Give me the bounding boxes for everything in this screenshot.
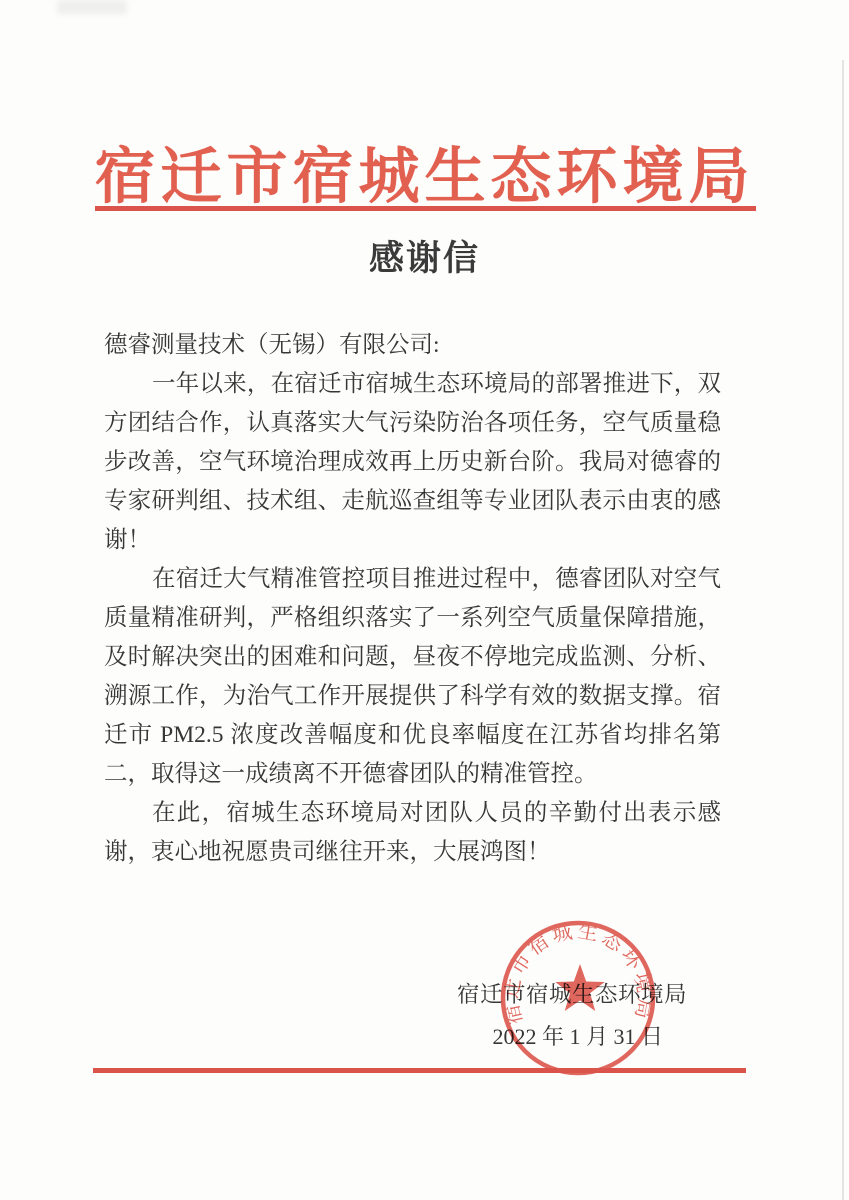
letter-page: 宿迁市宿城生态环境局 感谢信 德睿测量技术（无锡）有限公司: 一年以来，在宿迁市… [0, 0, 849, 1200]
body-line: 溯源工作，为治气工作开展提供了科学有效的数据支撑。宿 [104, 677, 721, 716]
header-rule [95, 206, 756, 211]
body-line: 一年以来，在宿迁市宿城生态环境局的部署推进下，双 [104, 365, 721, 404]
body-line: 方团结合作，认真落实大气污染防治各项任务，空气质量稳 [104, 404, 721, 443]
body-line: 在宿迁大气精准管控项目推进过程中，德睿团队对空气 [104, 560, 721, 599]
footer-rule [93, 1068, 746, 1073]
body-line: 谢！ [104, 521, 721, 560]
body-line: 在此，宿城生态环境局对团队人员的辛勤付出表示感 [104, 794, 721, 833]
scan-smudge [57, 0, 127, 14]
body-line: 步改善，空气环境治理成效再上历史新台阶。我局对德睿的 [104, 443, 721, 482]
org-header-title: 宿迁市宿城生态环境局 [0, 128, 849, 215]
official-seal: 宿迁市宿城生态环境局 [496, 916, 660, 1080]
body-line: 专家研判组、技术组、走航巡查组等专业团队表示由衷的感 [104, 482, 721, 521]
letter-title: 感谢信 [0, 231, 849, 281]
page-edge-line [842, 60, 844, 1200]
seal-star [555, 964, 604, 1011]
body-line: 谢，衷心地祝愿贵司继往开来，大展鸿图！ [104, 833, 721, 872]
body-line: 德睿测量技术（无锡）有限公司: [104, 326, 721, 365]
letter-body: 德睿测量技术（无锡）有限公司: 一年以来，在宿迁市宿城生态环境局的部署推进下，双… [104, 326, 721, 872]
body-line: 迁市 PM2.5 浓度改善幅度和优良率幅度在江苏省均排名第 [104, 716, 721, 755]
body-line: 及时解决突出的困难和问题，昼夜不停地完成监测、分析、 [104, 638, 721, 677]
body-line: 质量精准研判，严格组织落实了一系列空气质量保障措施， [104, 599, 721, 638]
body-line: 二，取得这一成绩离不开德睿团队的精准管控。 [104, 755, 721, 794]
